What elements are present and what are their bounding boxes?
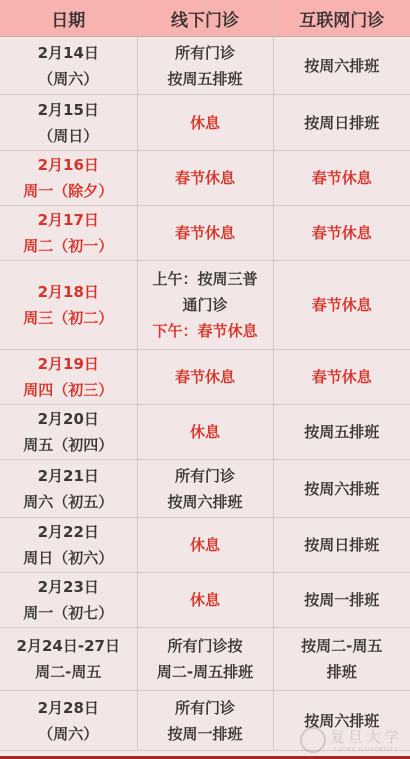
date-line: 周二（初一） [2,233,135,259]
offline-clinic-cell: 春节休息 [137,350,273,405]
date-line: （周日） [2,123,135,149]
date-line: 2月15日 [2,97,135,123]
date-cell: 2月22日周日（初六） [0,518,137,573]
online-clinic-cell: 按周日排班 [273,95,410,151]
online-clinic-line: 按周六排班 [276,53,409,79]
offline-clinic-line: 休息 [140,587,271,613]
offline-clinic-line: 春节休息 [140,364,271,390]
date-cell: 2月24日-27日周二-周五 [0,628,137,691]
date-line: 2月19日 [2,351,135,377]
offline-clinic-cell: 所有门诊按周五排班 [137,37,273,95]
date-cell: 2月23日周一（初七） [0,573,137,628]
date-line: 2月18日 [2,279,135,305]
table-row: 2月22日周日（初六）休息按周日排班 [0,518,410,573]
offline-clinic-line: 所有门诊 [140,695,271,721]
date-line: 2月21日 [2,463,135,489]
offline-clinic-line: 休息 [140,532,271,558]
offline-clinic-line: 按周一排班 [140,721,271,747]
offline-clinic-cell: 春节休息 [137,151,273,206]
online-clinic-line: 春节休息 [276,165,409,191]
online-clinic-line: 按周六排班 [276,476,409,502]
date-line: 周日（初六） [2,545,135,571]
table-row: 2月17日周二（初一）春节休息春节休息 [0,206,410,261]
table-body: 2月14日（周六）所有门诊按周五排班按周六排班2月15日（周日）休息按周日排班2… [0,37,410,751]
online-clinic-line: 按周日排班 [276,532,409,558]
date-cell: 2月17日周二（初一） [0,206,137,261]
date-line: 2月16日 [2,152,135,178]
offline-clinic-cell: 春节休息 [137,206,273,261]
online-clinic-cell: 按周六排班 [273,460,410,518]
offline-clinic-line: 春节休息 [140,220,271,246]
online-clinic-line: 排班 [276,659,409,685]
online-clinic-cell: 按周五排班 [273,405,410,460]
online-clinic-cell: 按周一排班 [273,573,410,628]
online-clinic-cell: 按周二-周五排班 [273,628,410,691]
date-line: 周四（初三） [2,377,135,403]
offline-clinic-cell: 所有门诊按周六排班 [137,460,273,518]
offline-clinic-line: 按周六排班 [140,489,271,515]
table-row: 2月18日周三（初二）上午：按周三普通门诊下午：春节休息春节休息 [0,261,410,350]
date-line: 周二-周五 [2,659,135,685]
date-line: （周六） [2,66,135,92]
date-cell: 2月14日（周六） [0,37,137,95]
header-date: 日期 [0,0,137,37]
offline-clinic-line: 春节休息 [140,165,271,191]
date-line: 周一（初七） [2,600,135,626]
online-clinic-line: 按周日排班 [276,110,409,136]
date-cell: 2月19日周四（初三） [0,350,137,405]
online-clinic-cell: 按周日排班 [273,518,410,573]
offline-clinic-line: 休息 [140,419,271,445]
date-cell: 2月15日（周日） [0,95,137,151]
online-clinic-line: 按周二-周五 [276,633,409,659]
online-clinic-cell: 按周六排班 [273,37,410,95]
date-line: （周六） [2,721,135,747]
date-cell: 2月28日（周六） [0,691,137,751]
table-row: 2月23日周一（初七）休息按周一排班 [0,573,410,628]
offline-clinic-cell: 所有门诊按周二-周五排班 [137,628,273,691]
table-row: 2月15日（周日）休息按周日排班 [0,95,410,151]
date-cell: 2月20日周五（初四） [0,405,137,460]
offline-clinic-cell: 休息 [137,405,273,460]
offline-clinic-line: 所有门诊按 [140,633,271,659]
date-line: 周五（初四） [2,432,135,458]
header-online-clinic: 互联网门诊 [273,0,410,37]
table-header-row: 日期 线下门诊 互联网门诊 [0,0,410,37]
date-line: 2月17日 [2,207,135,233]
offline-clinic-line: 周二-周五排班 [140,659,271,685]
header-offline-clinic: 线下门诊 [137,0,273,37]
holiday-schedule-table: 日期 线下门诊 互联网门诊 2月14日（周六）所有门诊按周五排班按周六排班2月1… [0,0,410,751]
online-clinic-line: 按周一排班 [276,587,409,613]
date-line: 2月20日 [2,406,135,432]
offline-clinic-line: 休息 [140,110,271,136]
online-clinic-line: 春节休息 [276,292,409,318]
date-line: 2月24日-27日 [2,633,135,659]
online-clinic-cell: 春节休息 [273,151,410,206]
online-clinic-line: 春节休息 [276,220,409,246]
table-row: 2月14日（周六）所有门诊按周五排班按周六排班 [0,37,410,95]
offline-clinic-cell: 休息 [137,573,273,628]
table-row: 2月16日周一（除夕）春节休息春节休息 [0,151,410,206]
date-line: 周六（初五） [2,489,135,515]
offline-clinic-line: 所有门诊 [140,40,271,66]
offline-clinic-line: 下午：春节休息 [140,318,271,344]
date-line: 2月22日 [2,519,135,545]
date-line: 2月14日 [2,40,135,66]
table-row: 2月21日周六（初五）所有门诊按周六排班按周六排班 [0,460,410,518]
watermark-en: FUDAN UNIVERSITY [334,747,399,753]
online-clinic-cell: 春节休息 [273,350,410,405]
university-seal-icon [300,727,326,753]
offline-clinic-cell: 上午：按周三普通门诊下午：春节休息 [137,261,273,350]
online-clinic-cell: 春节休息 [273,261,410,350]
date-line: 2月23日 [2,574,135,600]
table-row: 2月20日周五（初四）休息按周五排班 [0,405,410,460]
online-clinic-line: 春节休息 [276,364,409,390]
online-clinic-cell: 春节休息 [273,206,410,261]
table-row: 2月24日-27日周二-周五所有门诊按周二-周五排班按周二-周五排班 [0,628,410,691]
offline-clinic-cell: 休息 [137,95,273,151]
watermark-cn: 复旦大学 [330,726,402,747]
watermark: 复旦大学 FUDAN UNIVERSITY [300,726,402,753]
offline-clinic-line: 所有门诊 [140,463,271,489]
date-line: 周三（初二） [2,305,135,331]
offline-clinic-line: 按周五排班 [140,66,271,92]
online-clinic-line: 按周五排班 [276,419,409,445]
date-cell: 2月21日周六（初五） [0,460,137,518]
date-line: 2月28日 [2,695,135,721]
date-cell: 2月16日周一（除夕） [0,151,137,206]
date-cell: 2月18日周三（初二） [0,261,137,350]
table-row: 2月19日周四（初三）春节休息春节休息 [0,350,410,405]
offline-clinic-line: 上午：按周三普 [140,266,271,292]
date-line: 周一（除夕） [2,178,135,204]
offline-clinic-line: 通门诊 [140,292,271,318]
offline-clinic-cell: 所有门诊按周一排班 [137,691,273,751]
offline-clinic-cell: 休息 [137,518,273,573]
